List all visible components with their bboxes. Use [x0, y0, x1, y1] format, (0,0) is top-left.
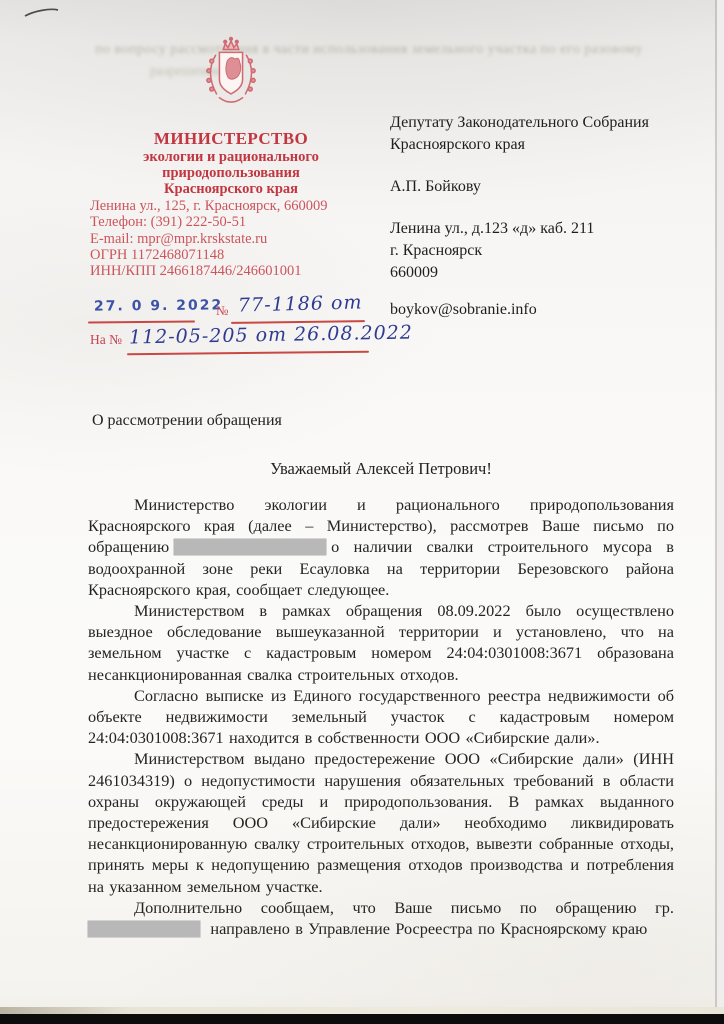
ministry-letterhead: МИНИСТЕРСТВО экологии и рационального пр…: [85, 36, 377, 197]
subject-line: О рассмотрении обращения: [92, 412, 282, 430]
ministry-address: Ленина ул., 125, г. Красноярск, 660009: [90, 198, 390, 214]
recipient-title: Депутату Законодательного Собрания: [390, 112, 680, 134]
paragraph-text: направлено в Управление Росреестра по Кр…: [210, 919, 647, 938]
redaction-box: [88, 921, 200, 937]
ministry-name-line: экологии и рационального: [85, 149, 377, 165]
recipient-postcode: 660009: [390, 262, 680, 284]
incoming-number-handwritten: 112-05-205 от 26.08.2022: [129, 322, 413, 349]
recipient-block: Депутату Законодательного Собрания Красн…: [390, 112, 680, 321]
redaction-box: [174, 539, 326, 555]
recipient-city: г. Красноярск: [390, 240, 680, 262]
scanned-letter-page: по вопросу рассмотрения в части использо…: [0, 0, 724, 1024]
salutation: Уважаемый Алексей Петрович!: [88, 459, 674, 479]
recipient-title: Красноярского края: [390, 134, 680, 156]
pen-checkmark: [20, 4, 70, 24]
ministry-name-line: природопользования: [85, 165, 377, 181]
paragraph-3: Согласно выписке из Единого государствен…: [88, 685, 674, 749]
paragraph-4: Министерством выдано предостережение ООО…: [88, 748, 674, 896]
recipient-name: А.П. Бойкову: [390, 176, 680, 198]
letter-body: Министерство экологии и рационального пр…: [88, 494, 674, 939]
ministry-contacts: Ленина ул., 125, г. Красноярск, 660009 Т…: [90, 198, 390, 279]
underline: [127, 351, 369, 356]
date-stamp: 27. 0 9. 2022: [94, 297, 223, 314]
ministry-inn-kpp: ИНН/КПП 2466187446/246601001: [90, 263, 390, 279]
paper-edge: [717, 0, 724, 1024]
recipient-address: Ленина ул., д.123 «д» каб. 211: [390, 218, 680, 240]
ministry-ogrn: ОГРН 1172468071148: [90, 247, 390, 263]
ministry-name-line: МИНИСТЕРСТВО: [85, 129, 377, 149]
ministry-email: E-mail: mpr@mpr.krskstate.ru: [90, 231, 390, 247]
paragraph-1: Министерство экологии и рационального пр…: [88, 494, 674, 600]
recipient-email: boykov@sobranie.info: [390, 299, 680, 321]
number-label: №: [216, 303, 228, 319]
ministry-name-line: Красноярского края: [85, 181, 377, 197]
paragraph-text: Дополнительно сообщаем, что Ваше письмо …: [134, 898, 674, 917]
paragraph-5: Дополнительно сообщаем, что Ваше письмо …: [88, 897, 674, 939]
ministry-phone: Телефон: (391) 222-50-51: [90, 214, 390, 230]
coat-of-arms-icon: [197, 36, 265, 118]
underline: [88, 321, 195, 324]
reply-to-label: На №: [90, 332, 122, 348]
scan-edge-dark: [0, 1014, 724, 1024]
outgoing-number-handwritten: 77-1186 от: [238, 291, 363, 316]
paragraph-2: Министерством в рамках обращения 08.09.2…: [88, 600, 674, 685]
